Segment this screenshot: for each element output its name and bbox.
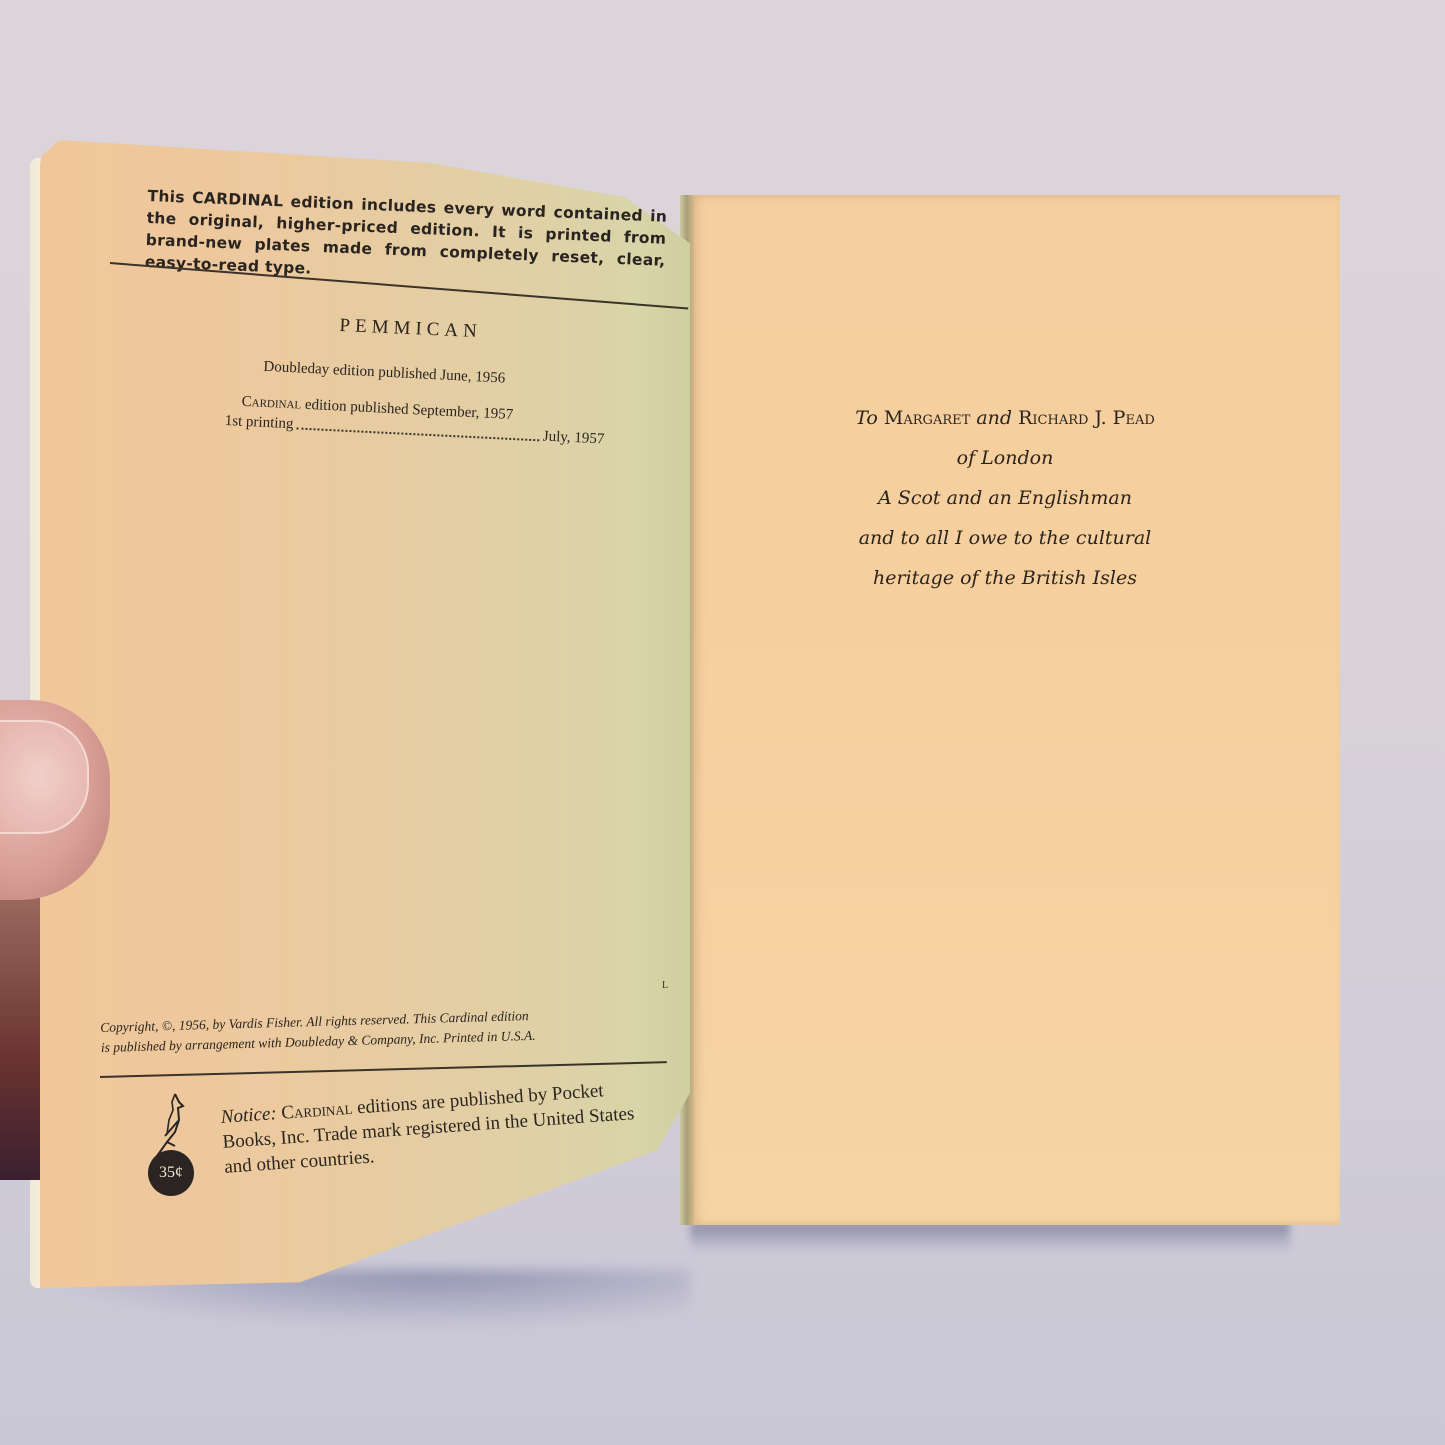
dedication-and: and (970, 407, 1018, 429)
page-marker: L (662, 980, 668, 991)
notice-label: Notice: (220, 1103, 277, 1128)
notice-brand: Cardinal (281, 1098, 353, 1124)
hand-palm (0, 880, 40, 1180)
cardinal-brand: Cardinal (241, 394, 301, 413)
dedication-line-3: A Scot and an Englishman (800, 478, 1210, 518)
book-shadow-right (690, 1222, 1290, 1252)
dedication-line-4: and to all I owe to the cultural (800, 518, 1210, 558)
dedicatee-1: Margaret (884, 407, 970, 429)
dedication-line-1: To Margaret and Richard J. Pead (800, 398, 1210, 438)
printing-date: July, 1957 (542, 426, 604, 449)
dedication-line-5: heritage of the British Isles (800, 558, 1210, 598)
photo-scene: This CARDINAL edition includes every wor… (0, 0, 1445, 1445)
dedicatee-2: Richard J. Pead (1018, 407, 1155, 429)
printing-label: 1st printing (224, 411, 294, 434)
thumbnail-nail (0, 720, 89, 834)
right-page (690, 195, 1340, 1225)
price-badge: 35¢ (148, 1150, 194, 1196)
dedication-line-2: of London (800, 438, 1210, 478)
dedication-to: To (855, 407, 884, 429)
dedication: To Margaret and Richard J. Pead of Londo… (800, 398, 1210, 598)
cardinal-logo: 35¢ (145, 1090, 197, 1200)
